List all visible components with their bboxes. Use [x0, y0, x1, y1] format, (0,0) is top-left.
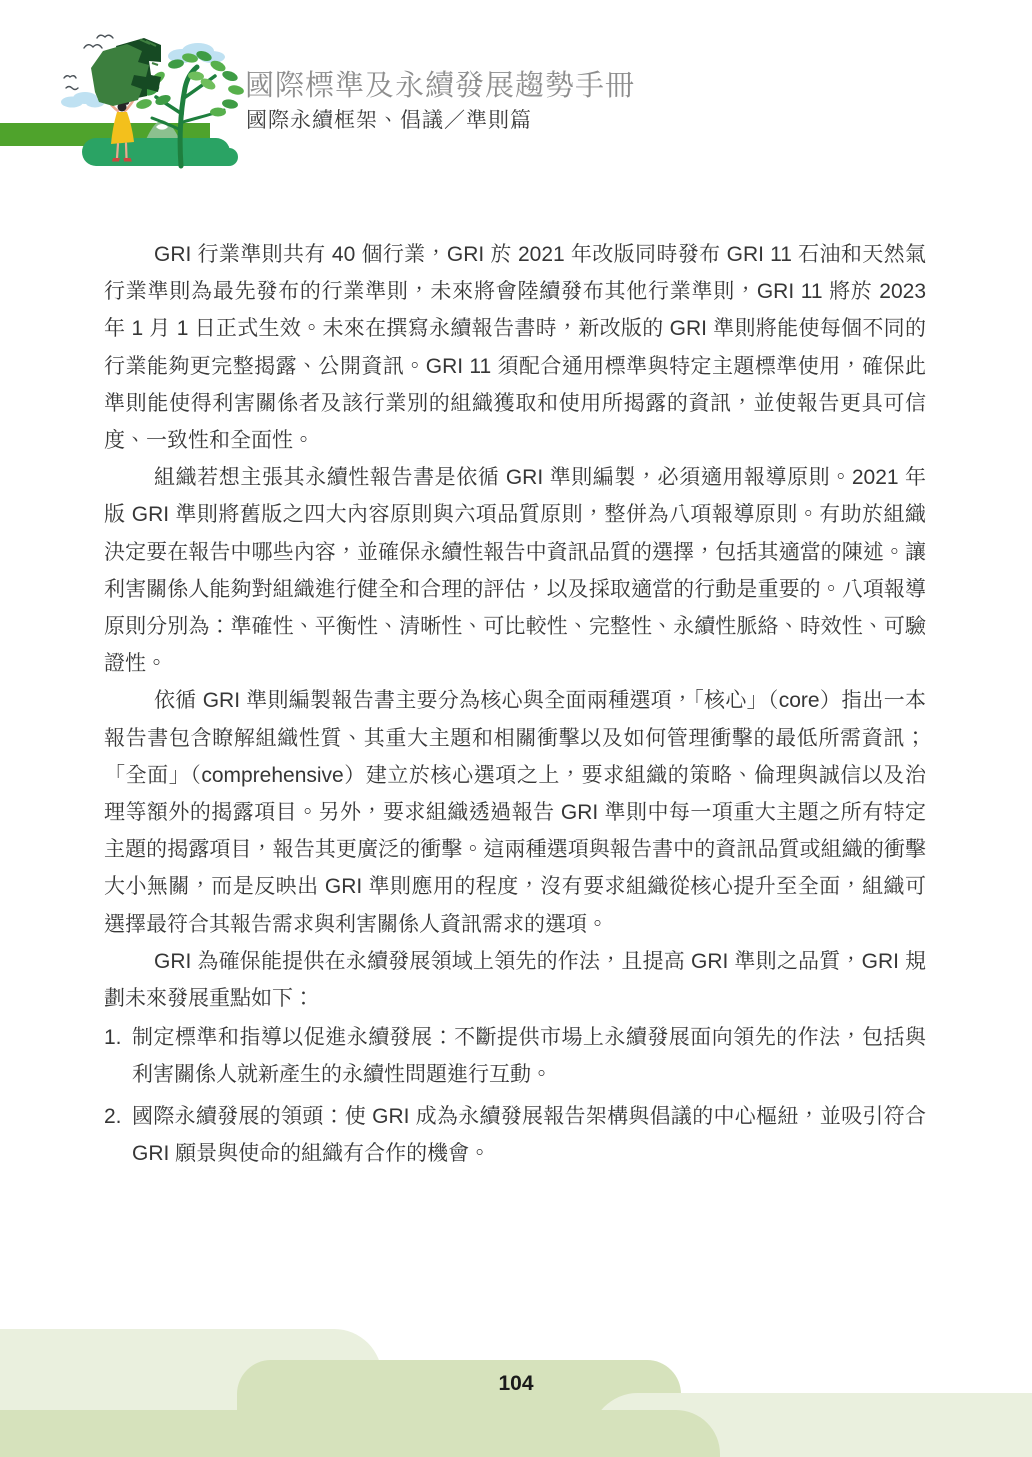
- page-number: 104: [0, 1372, 1032, 1396]
- ground-mound: [82, 138, 238, 166]
- paragraph-gri-sector-standards: GRI 行業準則共有 40 個行業，GRI 於 2021 年改版同時發布 GRI…: [104, 236, 926, 459]
- numbered-list: 1. 制定標準和指導以促進永續發展：不斷提供市場上永續發展面向領先的作法，包括與…: [104, 1019, 926, 1172]
- paragraph-future-plans-intro: GRI 為確保能提供在永續發展領域上領先的作法，且提高 GRI 準則之品質，GR…: [104, 943, 926, 1017]
- list-item-text: 國際永續發展的領頭：使 GRI 成為永續發展報告架構與倡議的中心樞紐，並吸引符合…: [132, 1098, 926, 1172]
- paragraph-reporting-principles: 組織若想主張其永續性報告書是依循 GRI 準則編製，必須適用報導原則。2021 …: [104, 459, 926, 682]
- paragraph-core-comprehensive: 依循 GRI 準則編製報告書主要分為核心與全面兩種選項，「核心」（core）指出…: [104, 682, 926, 942]
- list-item: 2. 國際永續發展的領頭：使 GRI 成為永續發展報告架構與倡議的中心樞紐，並吸…: [104, 1098, 926, 1172]
- list-item-number: 2.: [104, 1098, 132, 1172]
- list-item-number: 1.: [104, 1019, 132, 1093]
- footer-shape-bottom-left: [0, 1410, 720, 1457]
- list-item-text: 制定標準和指導以促進永續發展：不斷提供市場上永續發展面向領先的作法，包括與利害關…: [132, 1019, 926, 1093]
- list-item: 1. 制定標準和指導以促進永續發展：不斷提供市場上永續發展面向領先的作法，包括與…: [104, 1019, 926, 1093]
- handbook-page: 國際標準及永續發展趨勢手冊 國際永續框架、倡議／準則篇 GRI 行業準則共有 4…: [0, 0, 1032, 1457]
- page-title: 國際標準及永續發展趨勢手冊: [245, 70, 635, 102]
- body-text: GRI 行業準則共有 40 個行業，GRI 於 2021 年改版同時發布 GRI…: [104, 236, 926, 1172]
- yellow-dress: [111, 112, 134, 144]
- page-subtitle: 國際永續框架、倡議／準則篇: [246, 109, 532, 133]
- header-illustration: [0, 18, 270, 176]
